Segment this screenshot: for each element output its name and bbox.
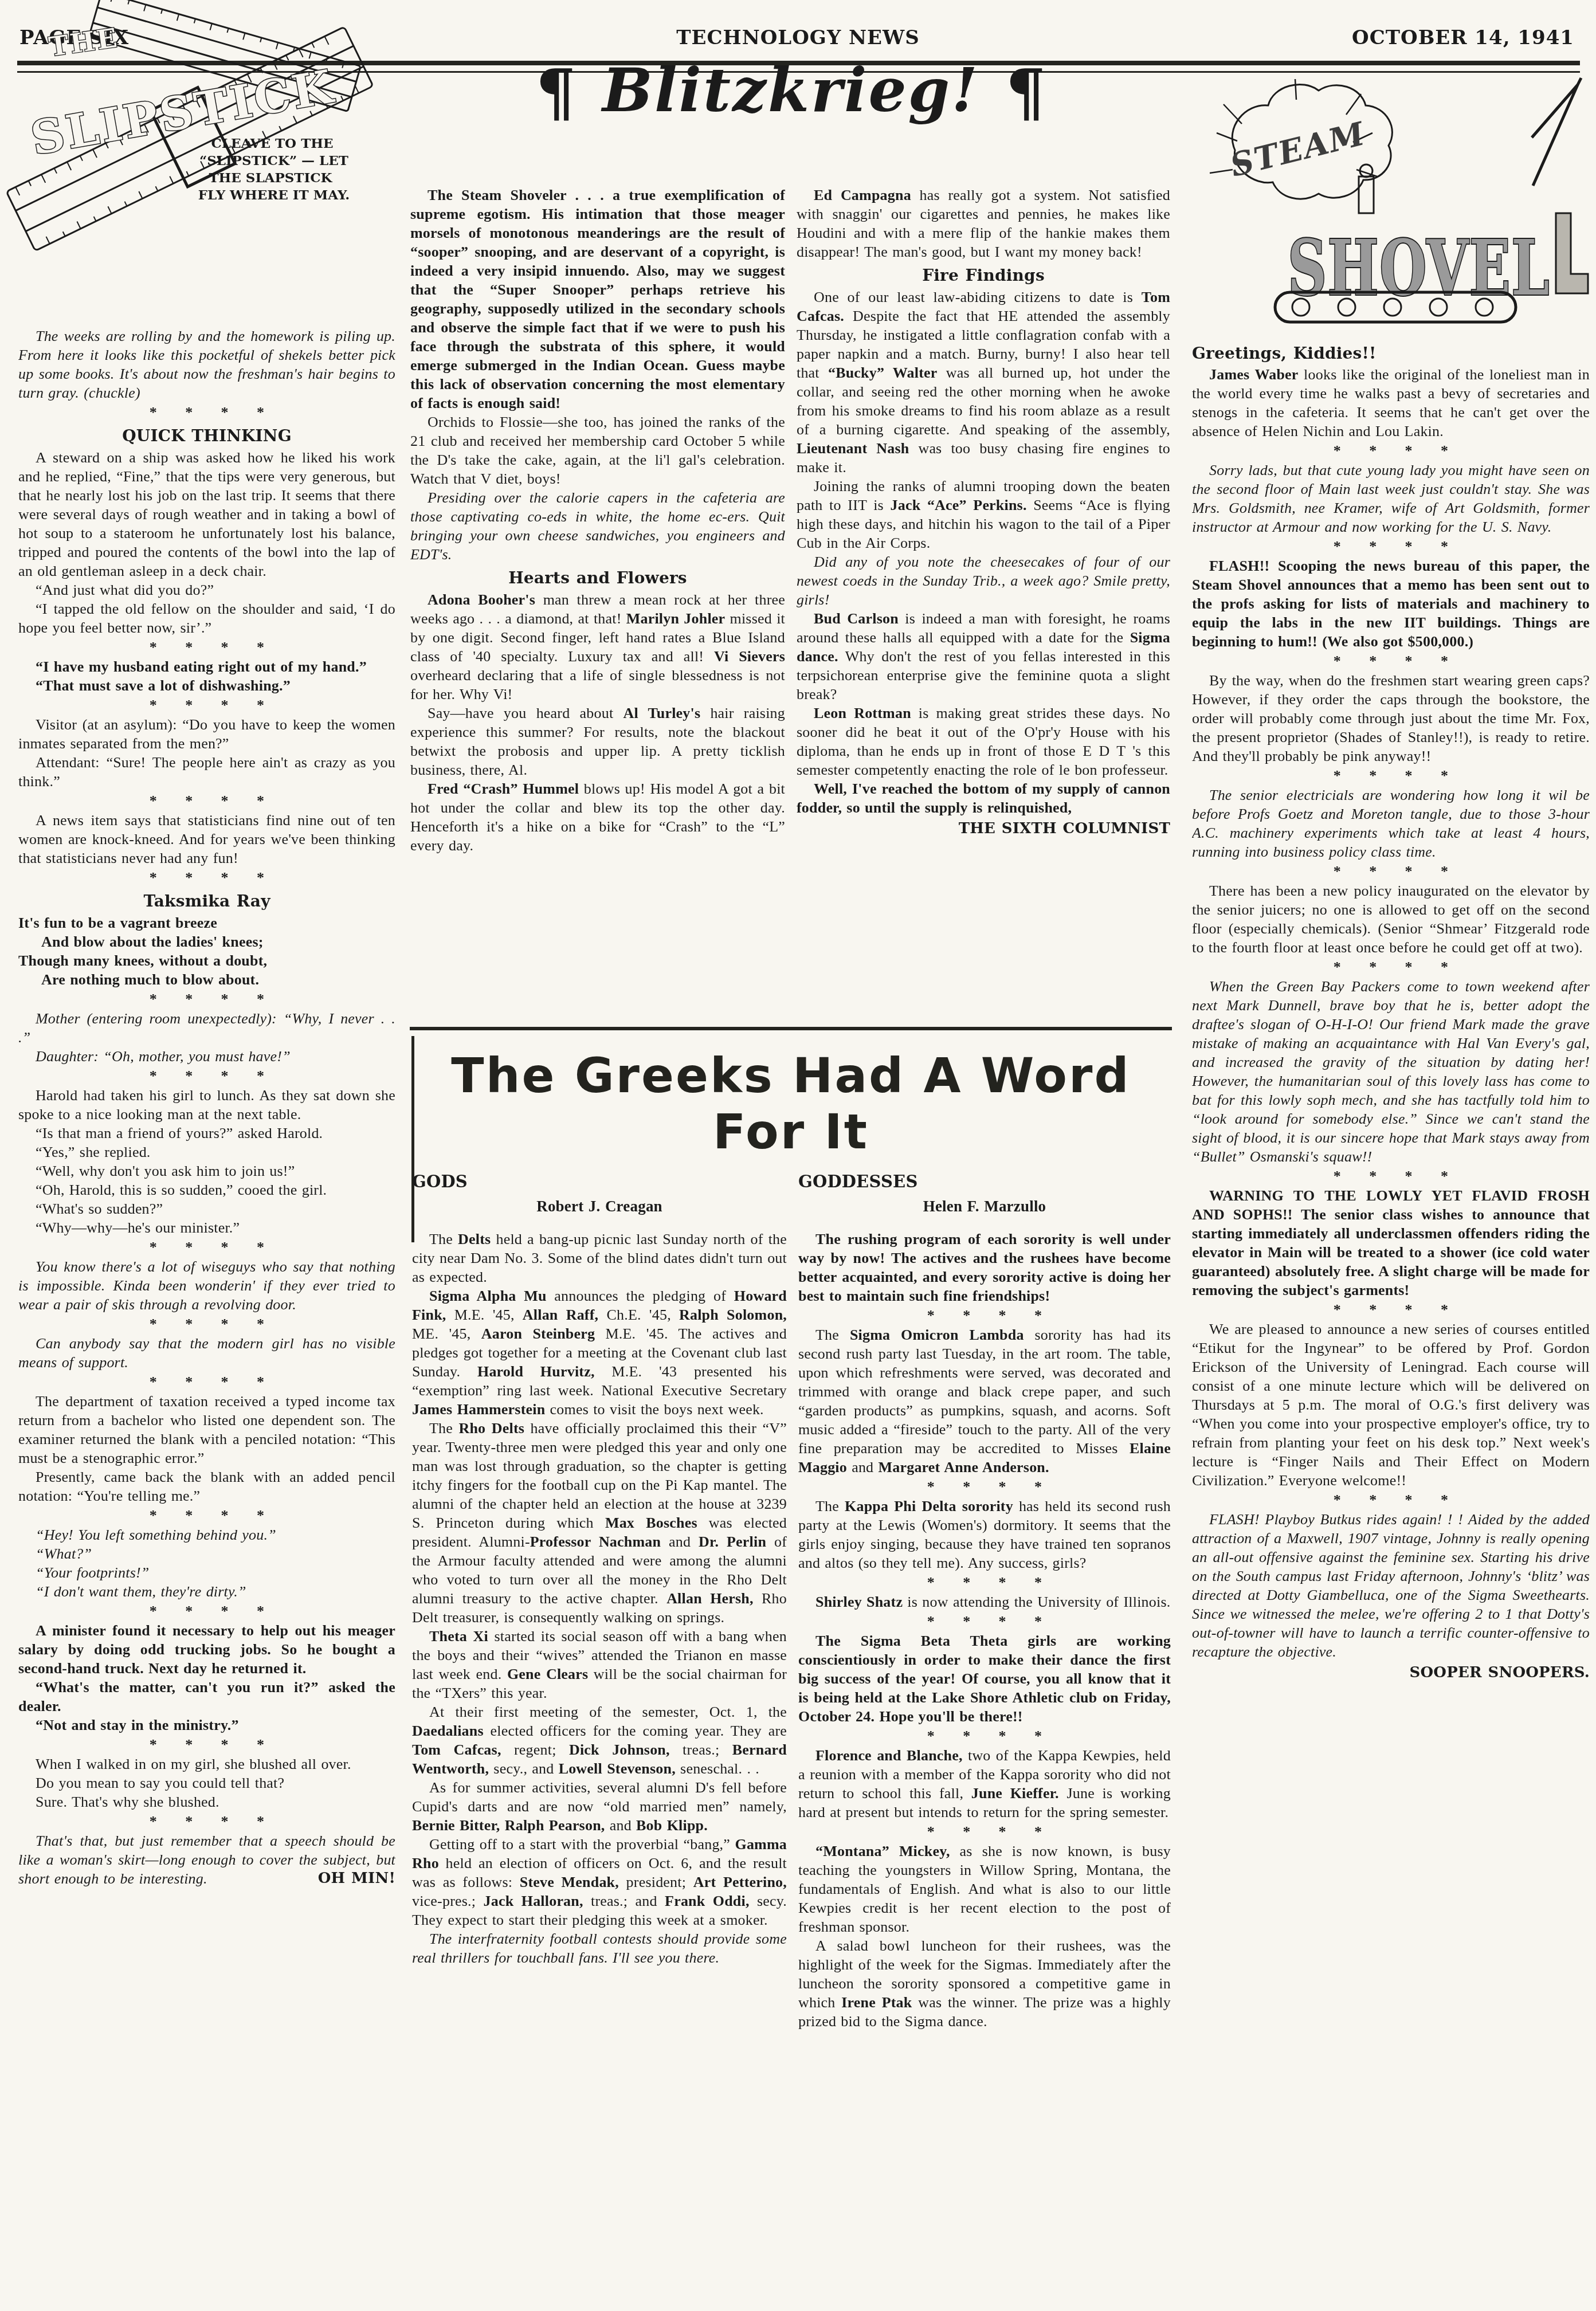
section-separator: * * * * [1192, 537, 1590, 556]
column-signature: SOOPER SNOOPERS. [1192, 1663, 1590, 1682]
paragraph: Did any of you note the cheesecakes of f… [797, 552, 1170, 609]
steam-shovel-illustration: STEAM SHOVEL [1189, 64, 1590, 333]
column-steam-shovel: Greetings, Kiddies!!James Waber looks li… [1192, 344, 1590, 2306]
slipstick-slogan-line: THE SLAPSTICK [209, 170, 332, 186]
section-separator: * * * * [18, 990, 395, 1009]
paragraph: Presently, came back the blank with an a… [18, 1468, 395, 1505]
paragraph: The Delts held a bang-up picnic last Sun… [412, 1230, 787, 1286]
paragraph: The Steam Shoveler . . . a true exemplif… [410, 186, 785, 413]
steam-label: STEAM [1226, 115, 1369, 185]
column-signature: THE SIXTH COLUMNIST [797, 819, 1170, 838]
section-separator: * * * * [18, 403, 395, 422]
paragraph: FLASH!! Scooping the news bureau of this… [1192, 556, 1590, 651]
paragraph: Bud Carlson is indeed a man with foresig… [797, 609, 1170, 704]
paragraph: At their first meeting of the semester, … [412, 1702, 787, 1778]
paragraph: Florence and Blanche, two of the Kappa K… [798, 1746, 1171, 1822]
section-separator: * * * * [18, 791, 395, 810]
paragraph: Presiding over the calorie capers in the… [410, 488, 785, 564]
slipstick-slogan-line: CLEAVE TO THE [211, 136, 333, 151]
paragraph: “Not and stay in the ministry.” [18, 1716, 395, 1735]
paragraph: When I walked in on my girl, she blushed… [18, 1755, 395, 1774]
goddesses-column: GODDESSES Helen F. Marzullo The rushing … [798, 1172, 1171, 2310]
goddesses-body: The rushing program of each sorority is … [798, 1230, 1171, 2031]
gods-column: GODS Robert J. Creagan The Delts held a … [412, 1172, 787, 2310]
paragraph: “Hey! You left something behind you.” [18, 1525, 395, 1544]
issue-date: OCTOBER 14, 1941 [1352, 26, 1574, 49]
paragraph: A minister found it necessary to help ou… [18, 1621, 395, 1678]
paragraph: FLASH! Playboy Butkus rides again! ! ! A… [1192, 1510, 1590, 1661]
paragraph: “I tapped the old fellow on the shoulder… [18, 599, 395, 637]
subheading: Hearts and Flowers [410, 568, 785, 587]
section-separator: * * * * [1192, 766, 1590, 785]
headline-text: Blitzkrieg! [602, 55, 979, 125]
gods-label: GODS [412, 1172, 787, 1191]
subheading: Greetings, Kiddies!! [1192, 344, 1590, 363]
section-separator: * * * * [798, 1573, 1171, 1592]
subheading: Taksmika Ray [18, 892, 395, 911]
section-separator: * * * * [798, 1612, 1171, 1631]
pilcrow-ornament-right: ¶ [979, 56, 1072, 130]
paragraph: “Is that man a friend of yours?” asked H… [18, 1124, 395, 1143]
paragraph: The rushing program of each sorority is … [798, 1230, 1171, 1305]
section-separator: * * * * [18, 1066, 395, 1085]
section-separator: * * * * [18, 1238, 395, 1257]
paragraph: Ed Campagna has really got a system. Not… [797, 186, 1170, 261]
paragraph: The Sigma Omicron Lambda sorority has ha… [798, 1325, 1171, 1477]
goddesses-label: GODDESSES [798, 1172, 1171, 1191]
gods-byline: Robert J. Creagan [412, 1197, 787, 1216]
section-separator: * * * * [1192, 652, 1590, 670]
paragraph: There has been a new policy inaugurated … [1192, 881, 1590, 957]
paragraph: Sure. That's why she blushed. [18, 1792, 395, 1811]
paragraph: “Your footprints!” [18, 1563, 395, 1582]
slide-rule-illustration: THE SLIPSTICK CLEAVE TO THE “SLIPSTICK” … [0, 0, 378, 252]
paragraph: As for summer activities, several alumni… [412, 1778, 787, 1835]
paragraph: The weeks are rolling by and the homewor… [18, 327, 395, 402]
paragraph: “What?” [18, 1544, 395, 1563]
paragraph: A steward on a ship was asked how he lik… [18, 448, 395, 580]
section-separator: * * * * [1192, 441, 1590, 460]
slipstick-slogan-line: FLY WHERE IT MAY. [198, 187, 350, 203]
paragraph: Say—have you heard about Al Turley's hai… [410, 704, 785, 779]
paragraph: Leon Rottman is making great strides the… [797, 704, 1170, 779]
slipstick-the-label: THE [47, 22, 120, 62]
paragraph: Daughter: “Oh, mother, you must have!” [18, 1047, 395, 1066]
greeks-section: The Greeks Had A Word For It GODS Robert… [410, 1027, 1172, 2311]
paragraph: “And just what did you do?” [18, 580, 395, 599]
section-separator: * * * * [18, 1315, 395, 1333]
paragraph: “Yes,” she replied. [18, 1143, 395, 1162]
paragraph: Mother (entering room unexpectedly): “Wh… [18, 1009, 395, 1047]
section-separator: * * * * [18, 1506, 395, 1525]
blitzkrieg-headline: ¶Blitzkrieg!¶ [410, 55, 1172, 175]
paragraph: The Sigma Beta Theta girls are working c… [798, 1631, 1171, 1726]
section-separator: * * * * [798, 1822, 1171, 1841]
paragraph: Theta Xi started its social season off w… [412, 1627, 787, 1702]
subheading: QUICK THINKING [18, 426, 395, 445]
slipstick-slogan-line: “SLIPSTICK” — LET [199, 153, 348, 168]
paragraph: Getting off to a start with the proverbi… [412, 1835, 787, 1929]
paragraph: By the way, when do the freshmen start w… [1192, 671, 1590, 766]
section-separator: * * * * [798, 1727, 1171, 1745]
paragraph: WARNING TO THE LOWLY YET FLAVID FROSH AN… [1192, 1186, 1590, 1300]
paragraph: “Oh, Harold, this is so sudden,” cooed t… [18, 1180, 395, 1199]
section-separator: * * * * [1192, 1167, 1590, 1186]
newspaper-page: PAGE SIX TECHNOLOGY NEWS OCTOBER 14, 194… [0, 0, 1596, 2311]
paragraph: “What's the matter, can't you run it?” a… [18, 1678, 395, 1716]
gods-body: The Delts held a bang-up picnic last Sun… [412, 1230, 787, 1967]
section-separator: * * * * [798, 1306, 1171, 1325]
column-blitzkrieg-left: The Steam Shoveler . . . a true exemplif… [410, 186, 785, 1025]
pilcrow-ornament-left: ¶ [509, 56, 602, 130]
section-separator: * * * * [1192, 958, 1590, 976]
subheading: Fire Findings [797, 266, 1170, 285]
paragraph: One of our least law-abiding citizens to… [797, 288, 1170, 477]
goddesses-byline: Helen F. Marzullo [798, 1197, 1171, 1216]
section-separator: * * * * [18, 638, 395, 657]
section-separator: * * * * [1192, 1300, 1590, 1319]
shovel-label: SHOVEL [1288, 224, 1550, 313]
paragraph: Orchids to Flossie—she too, has joined t… [410, 413, 785, 488]
paragraph: James Waber looks like the original of t… [1192, 365, 1590, 441]
column-slipstick: The weeks are rolling by and the homewor… [18, 327, 395, 2304]
paragraph: “Well, why don't you ask him to join us!… [18, 1162, 395, 1180]
section-separator: * * * * [18, 1602, 395, 1621]
section-separator: * * * * [18, 696, 395, 715]
paragraph: “Why—why—he's our minister.” [18, 1218, 395, 1237]
paragraph: Harold had taken his girl to lunch. As t… [18, 1086, 395, 1124]
paragraph: “Montana” Mickey, as she is now known, i… [798, 1842, 1171, 1936]
paragraph: Shirley Shatz is now attending the Unive… [798, 1592, 1171, 1611]
column-blitzkrieg-right: Ed Campagna has really got a system. Not… [797, 186, 1170, 1025]
paragraph: The interfraternity football contests sh… [412, 1929, 787, 1967]
paragraph: “What's so sudden?” [18, 1199, 395, 1218]
section-separator: * * * * [18, 1812, 395, 1831]
paragraph: Fred “Crash” Hummel blows up! His model … [410, 779, 785, 855]
paragraph: The Kappa Phi Delta sorority has held it… [798, 1497, 1171, 1572]
section-separator: * * * * [1192, 862, 1590, 881]
section-separator: * * * * [18, 1372, 395, 1391]
paragraph: Sorry lads, but that cute young lady you… [1192, 461, 1590, 536]
paragraph: Do you mean to say you could tell that? [18, 1774, 395, 1792]
paragraph: Sigma Alpha Mu announces the pledging of… [412, 1286, 787, 1419]
section-separator: * * * * [18, 1735, 395, 1754]
paragraph: The department of taxation received a ty… [18, 1392, 395, 1468]
paragraph: When the Green Bay Packers come to town … [1192, 977, 1590, 1166]
section-separator: * * * * [798, 1477, 1171, 1496]
paragraph: “I don't want them, they're dirty.” [18, 1582, 395, 1601]
paragraph: “That must save a lot of dishwashing.” [18, 676, 395, 695]
paragraph: A news item says that statisticians find… [18, 811, 395, 868]
paragraph: The senior electricials are wondering ho… [1192, 786, 1590, 861]
paragraph: Attendant: “Sure! The people here ain't … [18, 753, 395, 791]
section-separator: * * * * [1192, 1490, 1590, 1509]
paragraph: We are pleased to announce a new series … [1192, 1320, 1590, 1490]
paragraph: Visitor (at an asylum): “Do you have to … [18, 715, 395, 753]
paragraph: “I have my husband eating right out of m… [18, 657, 395, 676]
paragraph: That's that, but just remember that a sp… [18, 1831, 395, 1888]
paragraph: Well, I've reached the bottom of my supp… [797, 779, 1170, 817]
paragraph: Can anybody say that the modern girl has… [18, 1334, 395, 1372]
greeks-section-title: The Greeks Had A Word For It [410, 1047, 1172, 1160]
paragraph: The Rho Delts have officially proclaimed… [412, 1419, 787, 1627]
section-separator: * * * * [18, 868, 395, 887]
paragraph: Joining the ranks of alumni trooping dow… [797, 477, 1170, 552]
verse: It's fun to be a vagrant breezeAnd blow … [18, 913, 395, 989]
paragraph: A salad bowl luncheon for their rushees,… [798, 1936, 1171, 2031]
paragraph: You know there's a lot of wiseguys who s… [18, 1257, 395, 1314]
paragraph: Adona Booher's man threw a mean rock at … [410, 590, 785, 704]
